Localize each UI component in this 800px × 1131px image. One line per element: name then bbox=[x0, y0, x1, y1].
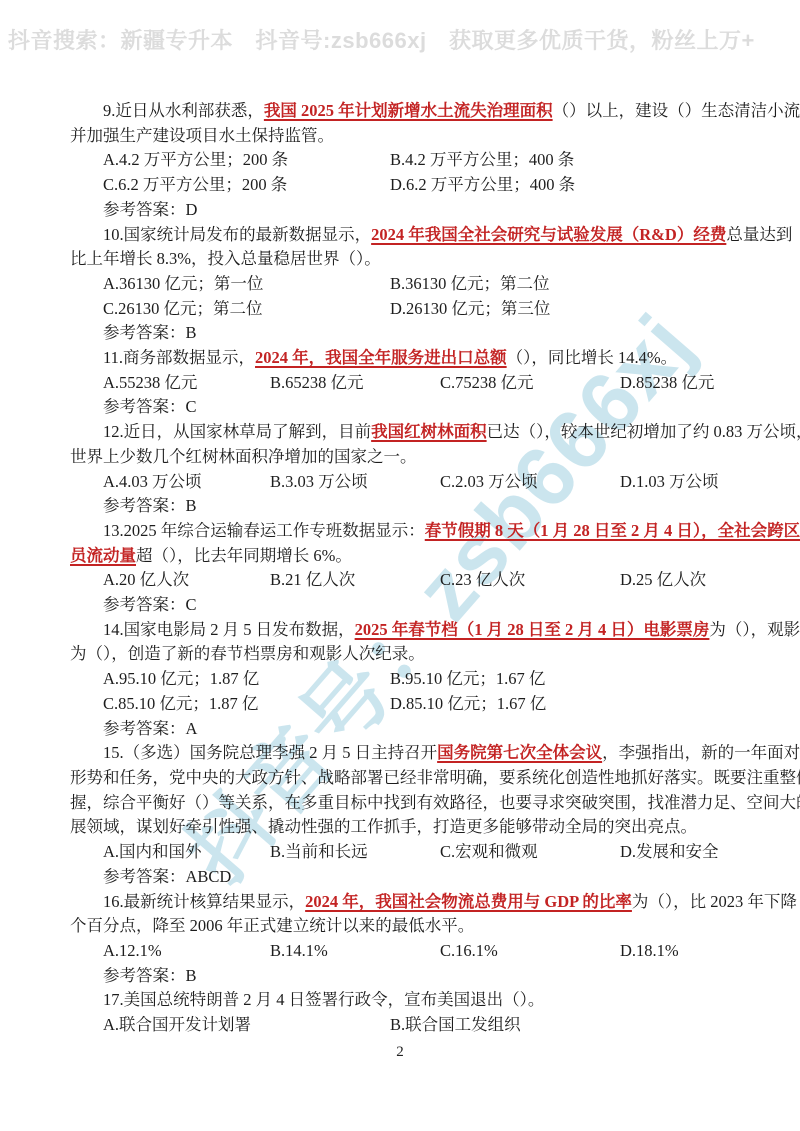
top-promo-banner: 抖音搜索：新疆专升本 抖音号:zsb666xj 获取更多优质干货，粉丝上万+ bbox=[8, 26, 796, 56]
stem-text: 16.最新统计核算结果显示， bbox=[103, 892, 305, 911]
option: A.55238 亿元 bbox=[103, 371, 270, 396]
option: A.12.1% bbox=[103, 939, 270, 964]
option: C.23 亿人次 bbox=[440, 568, 620, 593]
page-number: 2 bbox=[0, 1044, 800, 1061]
stem-text: 比上年增长 8.3%，投入总量稳居世界（）。 bbox=[70, 249, 381, 268]
option-row: A.4.03 万公顷B.3.03 万公顷C.2.03 万公顷D.1.03 万公顷 bbox=[70, 470, 740, 495]
option: B.21 亿人次 bbox=[270, 568, 440, 593]
option: A.20 亿人次 bbox=[103, 568, 270, 593]
question-stem-line: 为（），创造了新的春节档票房和观影人次纪录。 bbox=[70, 642, 740, 667]
option: A.36130 亿元；第一位 bbox=[103, 272, 390, 297]
question-stem-line: 15.（多选）国务院总理李强 2 月 5 日主持召开国务院第七次全体会议，李强指… bbox=[70, 741, 740, 766]
option: A.4.03 万公顷 bbox=[103, 470, 270, 495]
option: D.26130 亿元；第三位 bbox=[390, 297, 740, 322]
option: A.95.10 亿元；1.87 亿 bbox=[103, 667, 390, 692]
answer-line: 参考答案：B bbox=[70, 964, 740, 989]
stem-text: 为（），观影人次 bbox=[709, 620, 800, 639]
option-row: A.联合国开发计划署B.联合国工发组织 bbox=[70, 1013, 740, 1038]
stem-text: 14.国家电影局 2 月 5 日发布数据， bbox=[103, 620, 355, 639]
option: C.75238 亿元 bbox=[440, 371, 620, 396]
option: B.4.2 万平方公里；400 条 bbox=[390, 148, 740, 173]
answer-line: 参考答案：ABCD bbox=[70, 865, 740, 890]
stem-text: 12.近日，从国家林草局了解到，目前 bbox=[103, 422, 371, 441]
option: B.65238 亿元 bbox=[270, 371, 440, 396]
answer-line: 参考答案：C bbox=[70, 593, 740, 618]
question-block: 9.近日从水利部获悉，我国 2025 年计划新增水土流失治理面积（）以上，建设（… bbox=[70, 99, 740, 223]
option: C.26130 亿元；第二位 bbox=[103, 297, 390, 322]
option: D.85238 亿元 bbox=[620, 371, 740, 396]
stem-text: 个百分点，降至 2006 年正式建立统计以来的最低水平。 bbox=[70, 916, 474, 935]
question-block: 15.（多选）国务院总理李强 2 月 5 日主持召开国务院第七次全体会议，李强指… bbox=[70, 741, 740, 889]
question-stem-line: 比上年增长 8.3%，投入总量稳居世界（）。 bbox=[70, 247, 740, 272]
stem-text: 17.美国总统特朗普 2 月 4 日签署行政令，宣布美国退出（）。 bbox=[103, 990, 544, 1009]
highlighted-text: 员流动量 bbox=[70, 546, 136, 565]
document-page: { "banner": { "text": "抖音搜索：新疆专升本 抖音号:zs… bbox=[0, 0, 800, 1131]
option: A.联合国开发计划署 bbox=[103, 1013, 390, 1038]
question-stem-line: 13.2025 年综合运输春运工作专班数据显示：春节假期 8 天（1 月 28 … bbox=[70, 519, 740, 544]
option: B.当前和长远 bbox=[270, 840, 440, 865]
stem-text: 总量达到（）， bbox=[726, 225, 800, 244]
option: A.4.2 万平方公里；200 条 bbox=[103, 148, 390, 173]
stem-text: 为（），比 2023 年下降 0.3 bbox=[632, 892, 800, 911]
highlighted-text: 我国红树林面积 bbox=[371, 422, 487, 441]
question-stem-line: 17.美国总统特朗普 2 月 4 日签署行政令，宣布美国退出（）。 bbox=[70, 988, 740, 1013]
stem-text: 15.（多选）国务院总理李强 2 月 5 日主持召开 bbox=[103, 743, 437, 762]
answer-line: 参考答案：C bbox=[70, 395, 740, 420]
question-stem-line: 9.近日从水利部获悉，我国 2025 年计划新增水土流失治理面积（）以上，建设（… bbox=[70, 99, 740, 124]
option: C.宏观和微观 bbox=[440, 840, 620, 865]
option: B.95.10 亿元；1.67 亿 bbox=[390, 667, 740, 692]
question-stem-line: 12.近日，从国家林草局了解到，目前我国红树林面积已达（），较本世纪初增加了约 … bbox=[70, 420, 740, 445]
option-row: A.20 亿人次B.21 亿人次C.23 亿人次D.25 亿人次 bbox=[70, 568, 740, 593]
answer-line: 参考答案：A bbox=[70, 717, 740, 742]
question-stem-line: 个百分点，降至 2006 年正式建立统计以来的最低水平。 bbox=[70, 914, 740, 939]
option-row: A.36130 亿元；第一位B.36130 亿元；第二位 bbox=[70, 272, 740, 297]
stem-text: （）以上，建设（）生态清洁小流域， bbox=[553, 101, 800, 120]
option-row: C.6.2 万平方公里；200 条D.6.2 万平方公里；400 条 bbox=[70, 173, 740, 198]
question-stem-line: 员流动量超（），比去年同期增长 6%。 bbox=[70, 544, 740, 569]
option: D.6.2 万平方公里；400 条 bbox=[390, 173, 740, 198]
option-row: A.55238 亿元B.65238 亿元C.75238 亿元D.85238 亿元 bbox=[70, 371, 740, 396]
stem-text: 为（），创造了新的春节档票房和观影人次纪录。 bbox=[70, 644, 425, 663]
option-row: A.4.2 万平方公里；200 条B.4.2 万平方公里；400 条 bbox=[70, 148, 740, 173]
option-row: C.26130 亿元；第二位D.26130 亿元；第三位 bbox=[70, 297, 740, 322]
option: B.36130 亿元；第二位 bbox=[390, 272, 740, 297]
answer-line: 参考答案：B bbox=[70, 321, 740, 346]
question-block: 17.美国总统特朗普 2 月 4 日签署行政令，宣布美国退出（）。A.联合国开发… bbox=[70, 988, 740, 1037]
question-block: 11.商务部数据显示，2024 年，我国全年服务进出口总额（），同比增长 14.… bbox=[70, 346, 740, 420]
stem-text: 超（），比去年同期增长 6%。 bbox=[136, 546, 352, 565]
option: A.国内和国外 bbox=[103, 840, 270, 865]
option: B.14.1% bbox=[270, 939, 440, 964]
option: C.6.2 万平方公里；200 条 bbox=[103, 173, 390, 198]
option: D.85.10 亿元；1.67 亿 bbox=[390, 692, 740, 717]
stem-text: 11.商务部数据显示， bbox=[103, 348, 255, 367]
highlighted-text: 春节假期 8 天（1 月 28 日至 2 月 4 日），全社会跨区域人 bbox=[425, 521, 800, 540]
question-block: 12.近日，从国家林草局了解到，目前我国红树林面积已达（），较本世纪初增加了约 … bbox=[70, 420, 740, 519]
option: C.2.03 万公顷 bbox=[440, 470, 620, 495]
option: B.3.03 万公顷 bbox=[270, 470, 440, 495]
question-stem-line: 14.国家电影局 2 月 5 日发布数据，2025 年春节档（1 月 28 日至… bbox=[70, 618, 740, 643]
option: B.联合国工发组织 bbox=[390, 1013, 740, 1038]
question-stem-line: 16.最新统计核算结果显示，2024 年，我国社会物流总费用与 GDP 的比率为… bbox=[70, 890, 740, 915]
question-stem-line: 握，综合平衡好（）等关系，在多重目标中找到有效路径，也要寻求突破突围，找准潜力足… bbox=[70, 791, 740, 816]
option: D.发展和安全 bbox=[620, 840, 740, 865]
question-block: 14.国家电影局 2 月 5 日发布数据，2025 年春节档（1 月 28 日至… bbox=[70, 618, 740, 742]
answer-line: 参考答案：B bbox=[70, 494, 740, 519]
highlighted-text: 2025 年春节档（1 月 28 日至 2 月 4 日）电影票房 bbox=[355, 620, 710, 639]
option-row: A.12.1%B.14.1%C.16.1%D.18.1% bbox=[70, 939, 740, 964]
highlighted-text: 2024 年，我国全年服务进出口总额 bbox=[255, 348, 507, 367]
questions-container: 9.近日从水利部获悉，我国 2025 年计划新增水土流失治理面积（）以上，建设（… bbox=[70, 99, 740, 1038]
question-stem-line: 世界上少数几个红树林面积净增加的国家之一。 bbox=[70, 445, 740, 470]
highlighted-text: 2024 年，我国社会物流总费用与 GDP 的比率 bbox=[305, 892, 632, 911]
question-block: 16.最新统计核算结果显示，2024 年，我国社会物流总费用与 GDP 的比率为… bbox=[70, 890, 740, 989]
question-stem-line: 10.国家统计局发布的最新数据显示，2024 年我国全社会研究与试验发展（R&D… bbox=[70, 223, 740, 248]
option: D.18.1% bbox=[620, 939, 740, 964]
option: D.25 亿人次 bbox=[620, 568, 740, 593]
stem-text: （），同比增长 14.4%。 bbox=[507, 348, 678, 367]
stem-text: 10.国家统计局发布的最新数据显示， bbox=[103, 225, 371, 244]
option: D.1.03 万公顷 bbox=[620, 470, 740, 495]
highlighted-text: 我国 2025 年计划新增水土流失治理面积 bbox=[264, 101, 553, 120]
stem-text: 9.近日从水利部获悉， bbox=[103, 101, 264, 120]
answer-line: 参考答案：D bbox=[70, 198, 740, 223]
option-row: A.国内和国外B.当前和长远C.宏观和微观D.发展和安全 bbox=[70, 840, 740, 865]
question-block: 13.2025 年综合运输春运工作专班数据显示：春节假期 8 天（1 月 28 … bbox=[70, 519, 740, 618]
stem-text: ，李强指出，新的一年面对新的 bbox=[602, 743, 800, 762]
option-row: C.85.10 亿元；1.87 亿D.85.10 亿元；1.67 亿 bbox=[70, 692, 740, 717]
stem-text: 已达（），较本世纪初增加了约 0.83 万公顷，是 bbox=[487, 422, 800, 441]
question-stem-line: 并加强生产建设项目水土保持监管。 bbox=[70, 124, 740, 149]
question-stem-line: 展领域，谋划好牵引性强、撬动性强的工作抓手，打造更多能够带动全局的突出亮点。 bbox=[70, 815, 740, 840]
stem-text: 13.2025 年综合运输春运工作专班数据显示： bbox=[103, 521, 425, 540]
question-stem-line: 11.商务部数据显示，2024 年，我国全年服务进出口总额（），同比增长 14.… bbox=[70, 346, 740, 371]
question-block: 10.国家统计局发布的最新数据显示，2024 年我国全社会研究与试验发展（R&D… bbox=[70, 223, 740, 347]
question-stem-line: 形势和任务，党中央的大政方针、战略部署已经非常明确，要系统化创造性地抓好落实。既… bbox=[70, 766, 740, 791]
highlighted-text: 国务院第七次全体会议 bbox=[437, 743, 602, 762]
stem-text: 握，综合平衡好（）等关系，在多重目标中找到有效路径，也要寻求突破突围，找准潜力足… bbox=[70, 793, 800, 812]
stem-text: 世界上少数几个红树林面积净增加的国家之一。 bbox=[70, 447, 417, 466]
stem-text: 展领域，谋划好牵引性强、撬动性强的工作抓手，打造更多能够带动全局的突出亮点。 bbox=[70, 817, 697, 836]
option: C.85.10 亿元；1.87 亿 bbox=[103, 692, 390, 717]
option: C.16.1% bbox=[440, 939, 620, 964]
stem-text: 并加强生产建设项目水土保持监管。 bbox=[70, 126, 334, 145]
highlighted-text: 2024 年我国全社会研究与试验发展（R&D）经费 bbox=[371, 225, 726, 244]
stem-text: 形势和任务，党中央的大政方针、战略部署已经非常明确，要系统化创造性地抓好落实。既… bbox=[70, 768, 800, 787]
option-row: A.95.10 亿元；1.87 亿B.95.10 亿元；1.67 亿 bbox=[70, 667, 740, 692]
